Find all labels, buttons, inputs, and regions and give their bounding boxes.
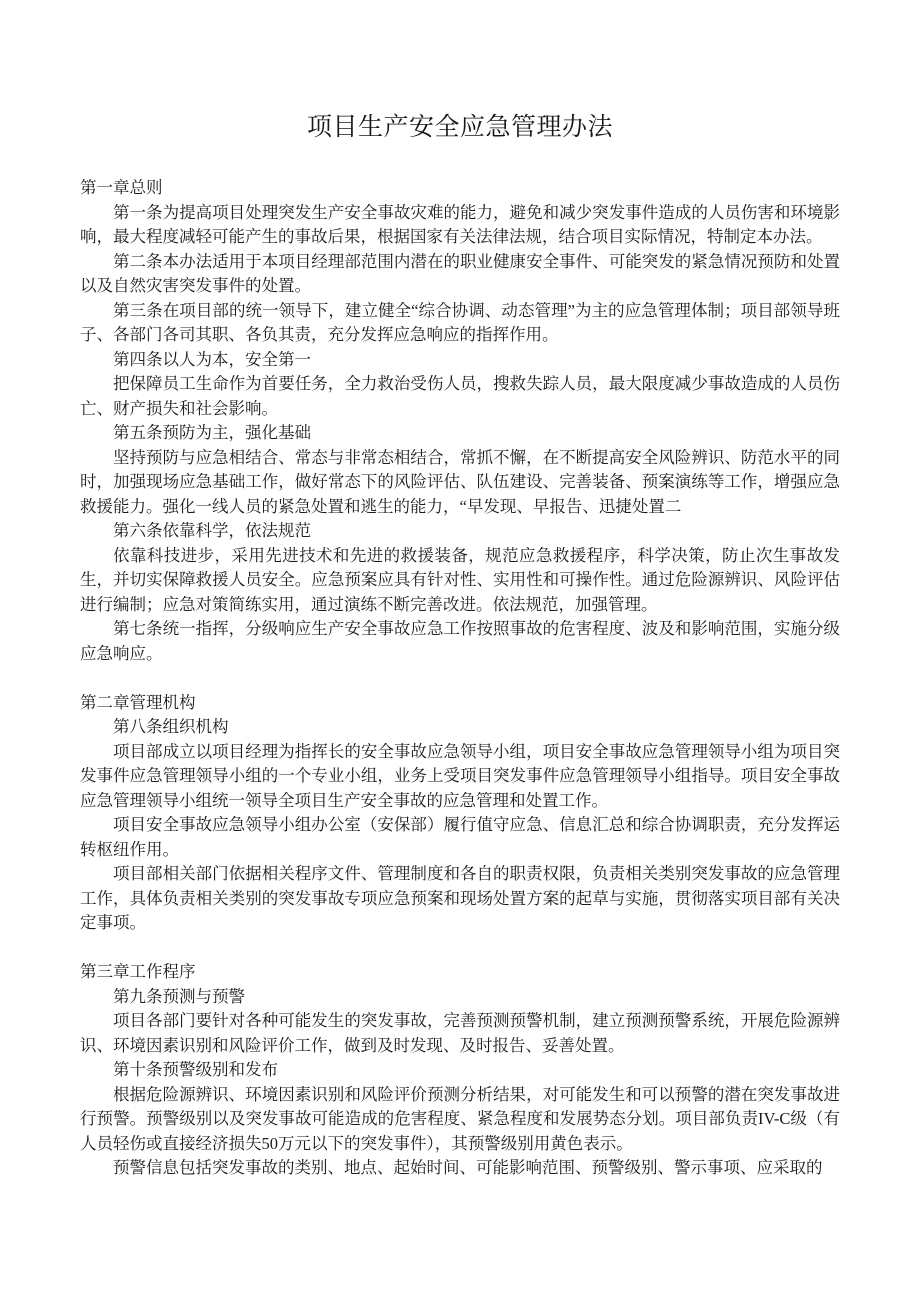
paragraph: 项目部相关部门依据相关程序文件、管理制度和各自的职责权限，负责相关类别突发事故的… [80, 862, 840, 936]
paragraph: 根据危险源辨识、环境因素识别和风险评价预测分析结果，对可能发生和可以预警的潜在突… [80, 1083, 840, 1157]
paragraph: 第三条在项目部的统一领导下，建立健全“综合协调、动态管理”为主的应急管理体制；项… [80, 299, 840, 348]
document-body: 第一章总则第一条为提高项目处理突发生产安全事故灾难的能力，避免和减少突发事件造成… [80, 176, 840, 1181]
paragraph: 第四条以人为本，安全第一 [80, 348, 840, 373]
paragraph: 第九条预测与预警 [80, 985, 840, 1010]
document-page: 项目生产安全应急管理办法 第一章总则第一条为提高项目处理突发生产安全事故灾难的能… [0, 0, 920, 1301]
paragraph: 把保障员工生命作为首要任务，全力救治受伤人员，搜救失踪人员，最大限度减少事故造成… [80, 372, 840, 421]
paragraph: 项目安全事故应急领导小组办公室（安保部）履行值守应急、信息汇总和综合协调职责，充… [80, 813, 840, 862]
paragraph: 第五条预防为主，强化基础 [80, 421, 840, 446]
paragraph: 第十条预警级别和发布 [80, 1058, 840, 1083]
paragraph: 第一条为提高项目处理突发生产安全事故灾难的能力，避免和减少突发事件造成的人员伤害… [80, 201, 840, 250]
chapter-heading: 第三章工作程序 [80, 960, 840, 985]
paragraph: 第七条统一指挥，分级响应生产安全事故应急工作按照事故的危害程度、波及和影响范围，… [80, 617, 840, 666]
paragraph: 项目部成立以项目经理为指挥长的安全事故应急领导小组，项目安全事故应急管理领导小组… [80, 740, 840, 814]
blank-line [80, 936, 840, 961]
paragraph: 第八条组织机构 [80, 715, 840, 740]
paragraph: 项目各部门要针对各种可能发生的突发事故，完善预测预警机制，建立预测预警系统，开展… [80, 1009, 840, 1058]
paragraph: 坚持预防与应急相结合、常态与非常态相结合，常抓不懈，在不断提高安全风险辨识、防范… [80, 446, 840, 520]
chapter-heading: 第二章管理机构 [80, 691, 840, 716]
chapter-heading: 第一章总则 [80, 176, 840, 201]
paragraph: 依靠科技进步，采用先进技术和先进的救援装备，规范应急救援程序，科学决策，防止次生… [80, 544, 840, 618]
document-title: 项目生产安全应急管理办法 [80, 108, 840, 148]
paragraph: 预警信息包括突发事故的类别、地点、起始时间、可能影响范围、预警级别、警示事项、应… [80, 1156, 840, 1181]
paragraph: 第二条本办法适用于本项目经理部范围内潜在的职业健康安全事件、可能突发的紧急情况预… [80, 250, 840, 299]
paragraph: 第六条依靠科学，依法规范 [80, 519, 840, 544]
blank-line [80, 666, 840, 691]
